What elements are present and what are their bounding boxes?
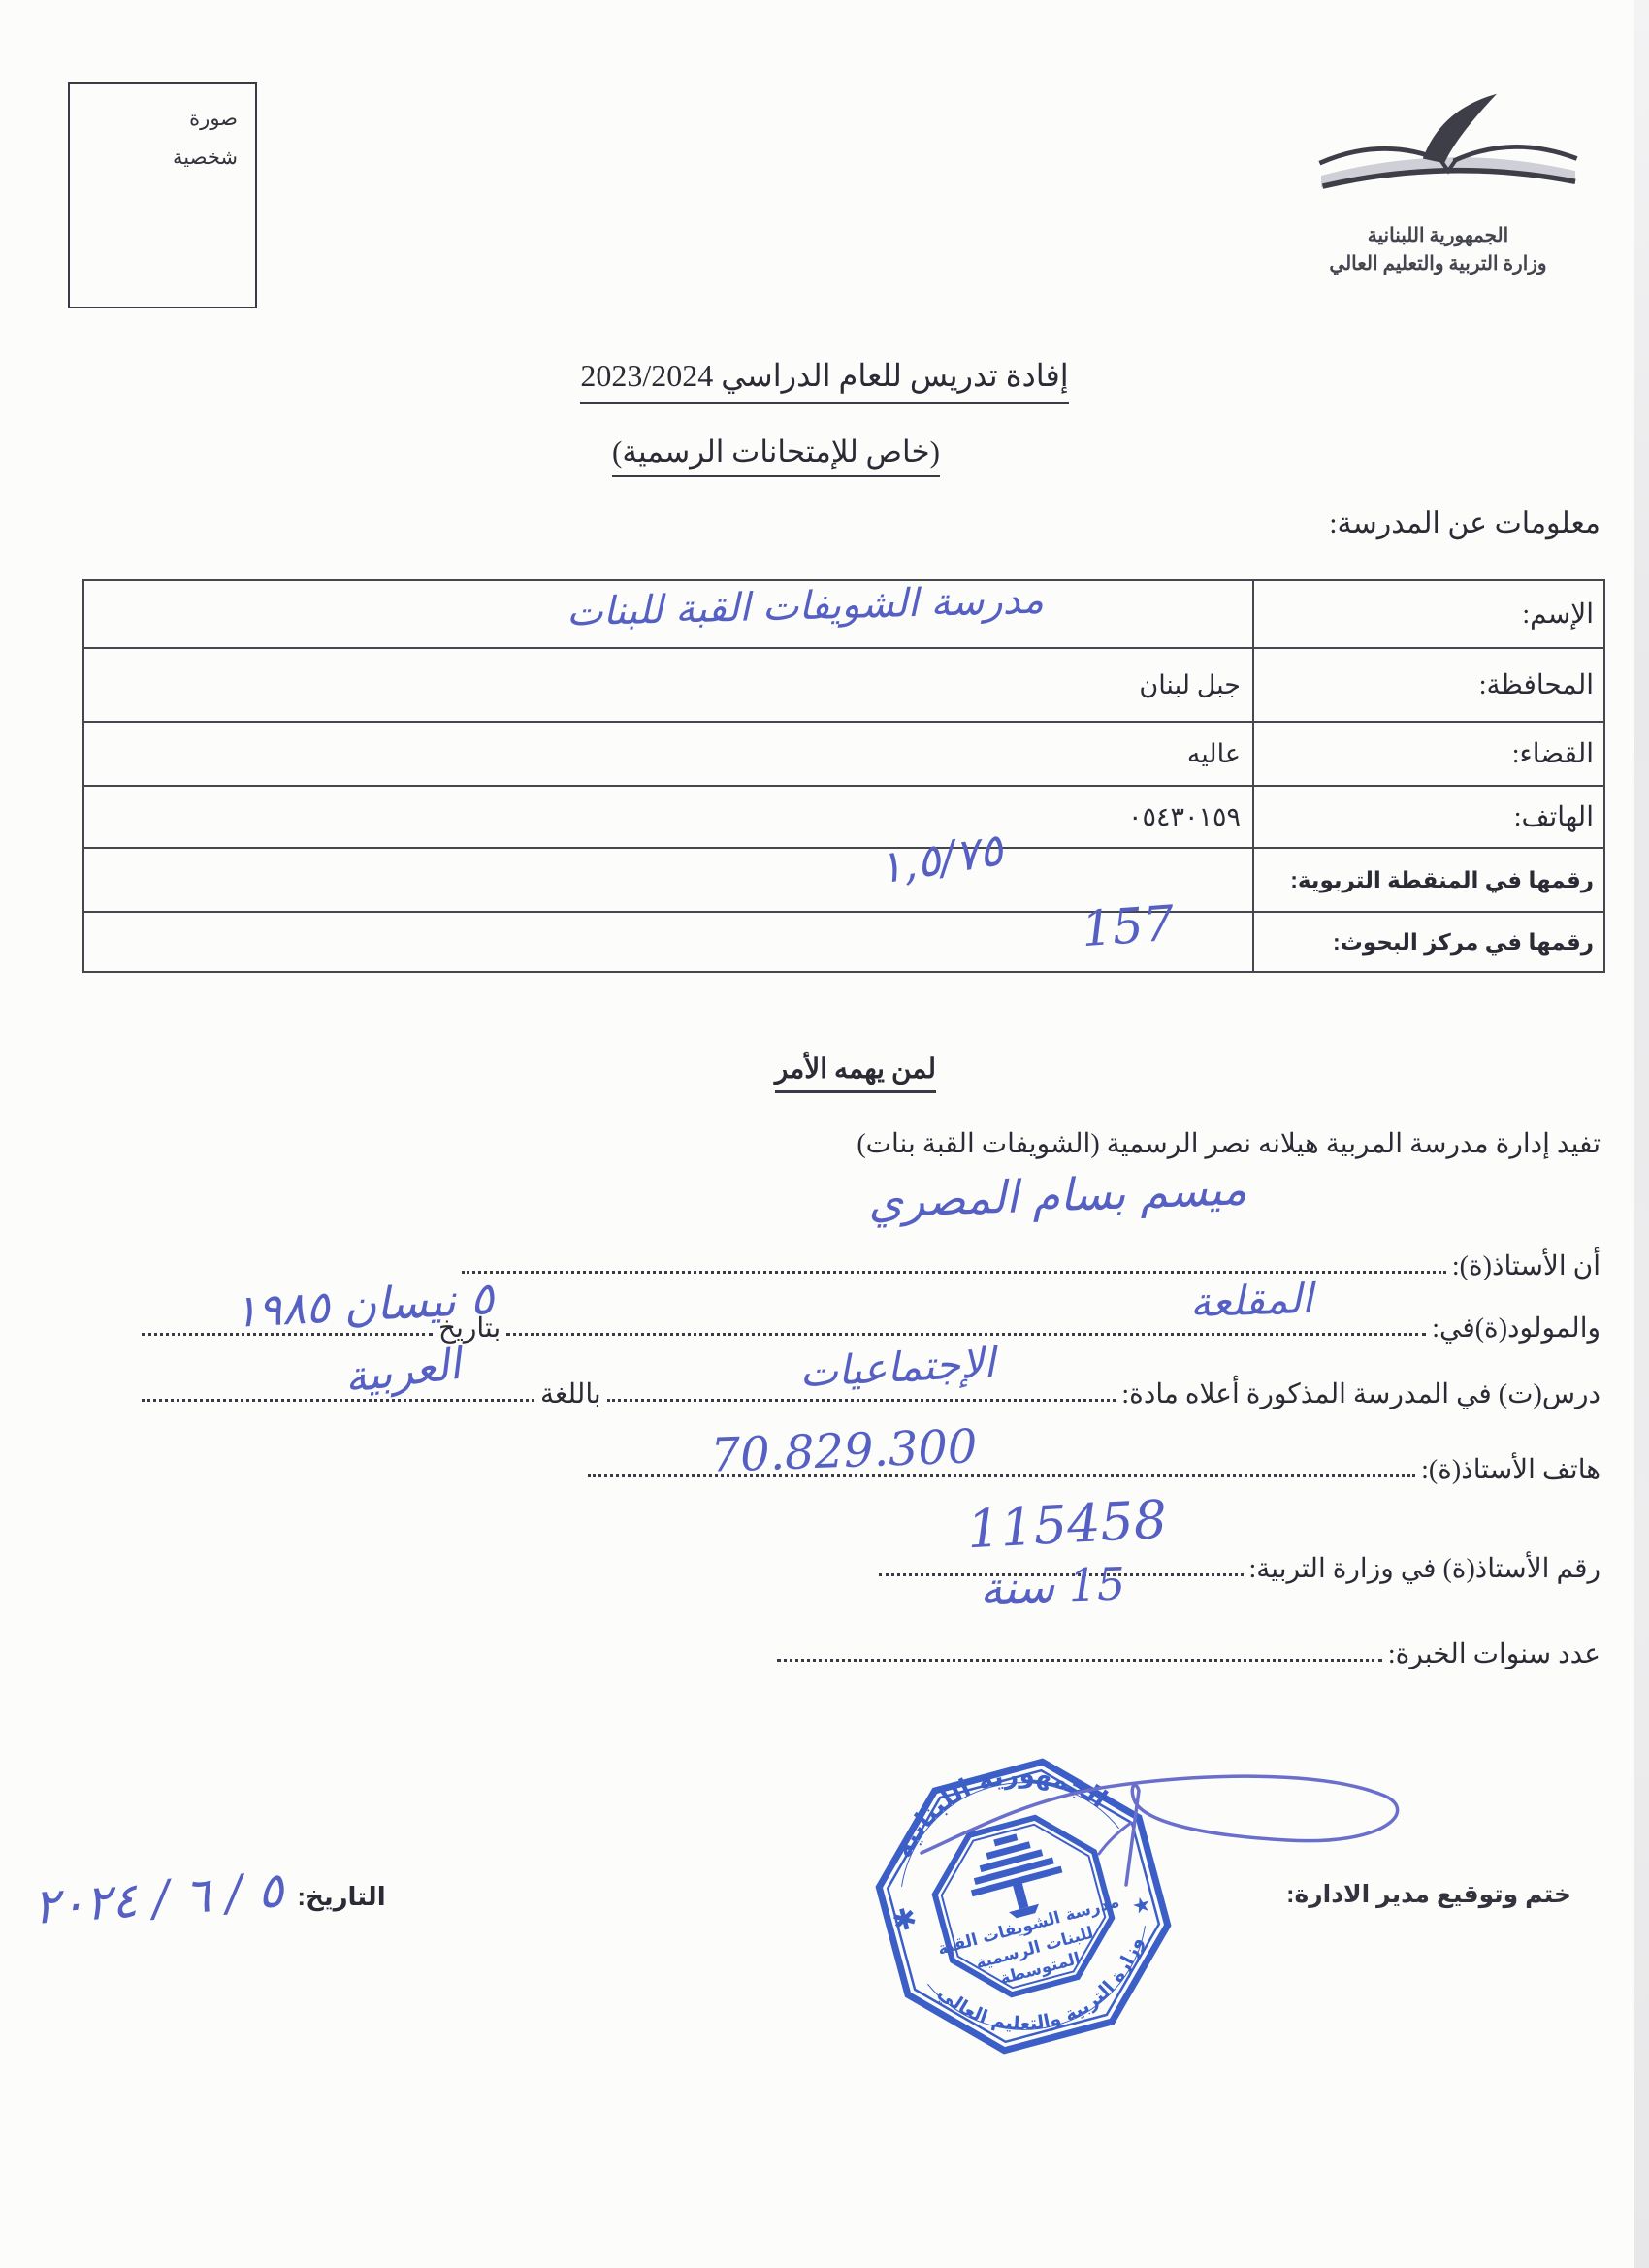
row-value-zone-number — [83, 848, 1253, 912]
salutation: لمن يهمه الأمر — [775, 1053, 936, 1093]
school-info-table: الإسم: المحافظة: جبل لبنان القضاء: عاليه… — [82, 579, 1605, 973]
school-info-heading: معلومات عن المدرسة: — [1329, 506, 1600, 540]
handwritten-teacher-name: ميسم بسام المصري — [804, 1160, 1310, 1230]
teacher-name-line: أن الأستاذ(ة): — [456, 1249, 1600, 1282]
photo-box-label-line2: شخصية — [70, 139, 238, 178]
document-subtitle: (خاص للإمتحانات الرسمية) — [0, 435, 1552, 470]
row-label-research-number: رقمها في مركز البحوث: — [1253, 912, 1604, 972]
teacher-name-label: أن الأستاذ(ة): — [1452, 1249, 1600, 1282]
dotted-line — [506, 1323, 1426, 1336]
row-label-district: القضاء: — [1253, 722, 1604, 786]
birth-label: والمولود(ة)في: — [1432, 1312, 1600, 1345]
table-row: القضاء: عاليه — [83, 722, 1604, 786]
row-value-phone: ٠٥٤٣٠١٥٩ — [83, 786, 1253, 848]
experience-line: عدد سنوات الخبرة: — [771, 1637, 1600, 1670]
date-group: التاريخ: ٥ / ٦ / ٢٠٢٤ — [27, 1870, 386, 1927]
table-row: رقمها في المنقطة التربوية: — [83, 848, 1604, 912]
intro-paragraph: تفيد إدارة مدرسة المربية هيلانه نصر الرس… — [857, 1127, 1600, 1160]
row-value-district: عاليه — [83, 722, 1253, 786]
document-title: إفادة تدريس للعام الدراسي 2023/2024 — [0, 357, 1649, 394]
scanned-document-page: صورة شخصية الجمهورية اللبنانية وزارة الت… — [0, 0, 1649, 2268]
open-book-icon — [1303, 89, 1594, 220]
logo-country-text: الجمهورية اللبنانية — [1256, 222, 1620, 250]
photo-box: صورة شخصية — [68, 82, 257, 308]
row-value-research-number — [83, 912, 1253, 972]
row-value-governorate: جبل لبنان — [83, 648, 1253, 722]
handwritten-experience: 15 سنة — [901, 1555, 1204, 1618]
signature-scribble — [907, 1761, 1436, 1887]
logo-ministry-text: وزارة التربية والتعليم العالي — [1256, 250, 1620, 278]
ministry-id-label: رقم الأستاذ(ة) في وزارة التربية: — [1249, 1552, 1601, 1585]
dotted-line — [777, 1649, 1382, 1662]
row-label-name: الإسم: — [1253, 580, 1604, 648]
row-label-zone-number: رقمها في المنقطة التربوية: — [1253, 848, 1604, 912]
table-row: المحافظة: جبل لبنان — [83, 648, 1604, 722]
handwritten-ministry-id: 115458 — [925, 1486, 1210, 1562]
date-label: التاريخ: — [297, 1882, 385, 1912]
dotted-line — [462, 1261, 1446, 1274]
teacher-phone-label: هاتف الأستاذ(ة): — [1421, 1453, 1600, 1486]
subject-label: درس(ت) في المدرسة المذكورة أعلاه مادة: — [1121, 1377, 1600, 1410]
table-row: رقمها في مركز البحوث: — [83, 912, 1604, 972]
row-label-phone: الهاتف: — [1253, 786, 1604, 848]
experience-label: عدد سنوات الخبرة: — [1388, 1637, 1600, 1670]
photo-box-label-line1: صورة — [70, 100, 238, 139]
table-row: الهاتف: ٠٥٤٣٠١٥٩ — [83, 786, 1604, 848]
handwritten-birth-place: المقلعة — [1115, 1272, 1388, 1329]
ministry-logo: الجمهورية اللبنانية وزارة التربية والتعل… — [1256, 89, 1620, 278]
scan-edge-shadow — [1634, 0, 1649, 2268]
handwritten-date: ٥ / ٦ / ٢٠٢٤ — [31, 1862, 285, 1935]
handwritten-research-number: 157 — [1080, 895, 1176, 958]
row-label-governorate: المحافظة: — [1253, 648, 1604, 722]
language-label: باللغة — [540, 1377, 601, 1410]
